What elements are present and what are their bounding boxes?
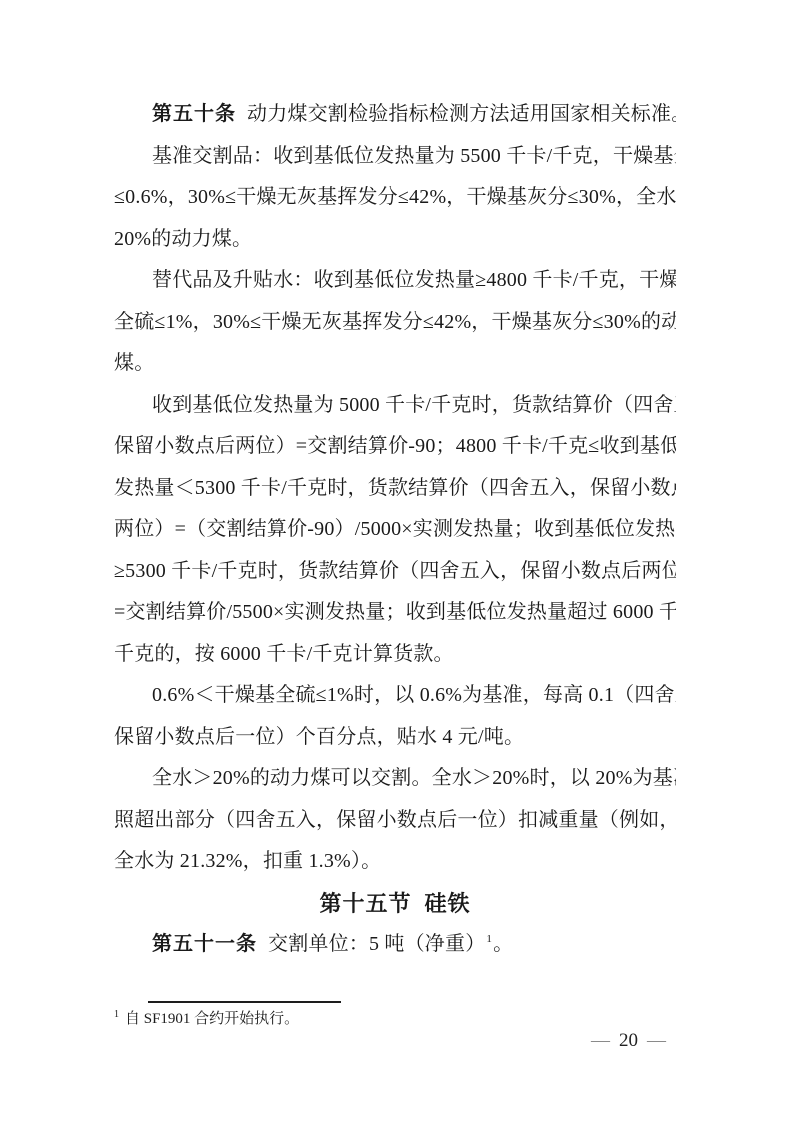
footnote-separator — [148, 1001, 341, 1003]
line-text: 替代品及升贴水：收到基低位发热量≥4800 千卡/千克，干燥基 — [152, 269, 676, 291]
document-page: 第五十条动力煤交割检验指标检测方法适用国家相关标准。基准交割品：收到基低位发热量… — [0, 0, 793, 1122]
text-line: 基准交割品：收到基低位发热量为 5500 千卡/千克，干燥基全硫 — [114, 136, 676, 178]
document-body: 第五十条动力煤交割检验指标检测方法适用国家相关标准。基准交割品：收到基低位发热量… — [114, 94, 676, 966]
line-text: 全硫≤1%，30%≤干燥无灰基挥发分≤42%，干燥基灰分≤30%的动力 — [114, 311, 676, 333]
line-text: 煤。 — [114, 352, 154, 374]
line-text: 基准交割品：收到基低位发热量为 5500 千卡/千克，干燥基全硫 — [152, 145, 676, 167]
moisture-deduction-para: 全水＞20%的动力煤可以交割。全水＞20%时，以 20%为基准，按照超出部分（四… — [114, 758, 676, 883]
text-line: 第五十一条交割单位：5 吨（净重）1。 — [114, 924, 676, 966]
article-number: 第五十一条 — [152, 933, 257, 955]
section-15-heading: 第十五节 硅铁 — [114, 883, 676, 925]
line-text: 收到基低位发热量为 5000 千卡/千克时，货款结算价（四舍五入， — [152, 394, 676, 416]
text-line: 千克的，按 6000 千卡/千克计算货款。 — [114, 634, 676, 676]
article-51-para: 第五十一条交割单位：5 吨（净重）1。 — [114, 924, 676, 966]
text-line: 煤。 — [114, 343, 676, 385]
line-text: 发热量＜5300 千卡/千克时，货款结算价（四舍五入，保留小数点后 — [114, 477, 676, 499]
text-line: 收到基低位发热量为 5000 千卡/千克时，货款结算价（四舍五入， — [114, 385, 676, 427]
article-50-para: 第五十条动力煤交割检验指标检测方法适用国家相关标准。 — [114, 94, 676, 136]
page-number-value: 20 — [619, 1030, 638, 1051]
footnote-text: 自 SF1901 合约开始执行。 — [125, 1011, 299, 1027]
settlement-price-formula-para: 收到基低位发热量为 5000 千卡/千克时，货款结算价（四舍五入，保留小数点后两… — [114, 385, 676, 676]
line-text-tail: 。 — [493, 933, 513, 955]
line-text: 保留小数点后一位）个百分点，贴水 4 元/吨。 — [114, 726, 524, 748]
text-line: 保留小数点后一位）个百分点，贴水 4 元/吨。 — [114, 717, 676, 759]
line-text: 千克的，按 6000 千卡/千克计算货款。 — [114, 643, 454, 665]
text-line: 0.6%＜干燥基全硫≤1%时，以 0.6%为基准，每高 0.1（四舍五入， — [114, 675, 676, 717]
page-number: —20— — [591, 1028, 666, 1054]
text-line: 两位）=（交割结算价-90）/5000×实测发热量；收到基低位发热量 — [114, 509, 676, 551]
footnote-marker: 1 — [114, 1009, 119, 1020]
text-line: 发热量＜5300 千卡/千克时，货款结算价（四舍五入，保留小数点后 — [114, 468, 676, 510]
text-line: 全水为 21.32%，扣重 1.3%）。 — [114, 841, 676, 883]
text-line: 20%的动力煤。 — [114, 219, 676, 261]
text-line: 保留小数点后两位）=交割结算价-90；4800 千卡/千克≤收到基低位 — [114, 426, 676, 468]
sulfur-discount-para: 0.6%＜干燥基全硫≤1%时，以 0.6%为基准，每高 0.1（四舍五入，保留小… — [114, 675, 676, 758]
line-text: 交割单位：5 吨（净重） — [268, 933, 485, 955]
text-line: ≤0.6%，30%≤干燥无灰基挥发分≤42%，干燥基灰分≤30%，全水≤ — [114, 177, 676, 219]
benchmark-deliverable-para: 基准交割品：收到基低位发热量为 5500 千卡/千克，干燥基全硫≤0.6%，30… — [114, 136, 676, 261]
line-text: ≤0.6%，30%≤干燥无灰基挥发分≤42%，干燥基灰分≤30%，全水≤ — [114, 186, 676, 208]
footnote-reference: 1 — [486, 933, 492, 945]
line-text: 保留小数点后两位）=交割结算价-90；4800 千卡/千克≤收到基低位 — [114, 435, 676, 457]
line-text: 全水为 21.32%，扣重 1.3%）。 — [114, 850, 381, 872]
page-number-right-dash: — — [647, 1030, 666, 1051]
text-line: 全水＞20%的动力煤可以交割。全水＞20%时，以 20%为基准，按 — [114, 758, 676, 800]
text-line: 替代品及升贴水：收到基低位发热量≥4800 千卡/千克，干燥基 — [114, 260, 676, 302]
article-number: 第五十条 — [152, 103, 236, 125]
line-text: 动力煤交割检验指标检测方法适用国家相关标准。 — [247, 103, 676, 125]
text-line: ≥5300 千卡/千克时，货款结算价（四舍五入，保留小数点后两位） — [114, 551, 676, 593]
line-text: 20%的动力煤。 — [114, 228, 252, 250]
text-line: 第五十条动力煤交割检验指标检测方法适用国家相关标准。 — [114, 94, 676, 136]
page-number-left-dash: — — [591, 1030, 610, 1051]
line-text: 两位）=（交割结算价-90）/5000×实测发热量；收到基低位发热量 — [114, 518, 676, 540]
line-text: 0.6%＜干燥基全硫≤1%时，以 0.6%为基准，每高 0.1（四舍五入， — [152, 684, 676, 706]
line-text: 照超出部分（四舍五入，保留小数点后一位）扣减重量（例如，实测 — [114, 809, 676, 831]
line-text: 全水＞20%的动力煤可以交割。全水＞20%时，以 20%为基准，按 — [152, 767, 676, 789]
footnote: 1自 SF1901 合约开始执行。 — [114, 1008, 594, 1030]
substitute-premium-discount-para: 替代品及升贴水：收到基低位发热量≥4800 千卡/千克，干燥基全硫≤1%，30%… — [114, 260, 676, 385]
text-line: 全硫≤1%，30%≤干燥无灰基挥发分≤42%，干燥基灰分≤30%的动力 — [114, 302, 676, 344]
text-line: =交割结算价/5500×实测发热量；收到基低位发热量超过 6000 千卡/ — [114, 592, 676, 634]
line-text: =交割结算价/5500×实测发热量；收到基低位发热量超过 6000 千卡/ — [114, 601, 676, 623]
text-line: 照超出部分（四舍五入，保留小数点后一位）扣减重量（例如，实测 — [114, 800, 676, 842]
line-text: ≥5300 千卡/千克时，货款结算价（四舍五入，保留小数点后两位） — [114, 560, 676, 582]
